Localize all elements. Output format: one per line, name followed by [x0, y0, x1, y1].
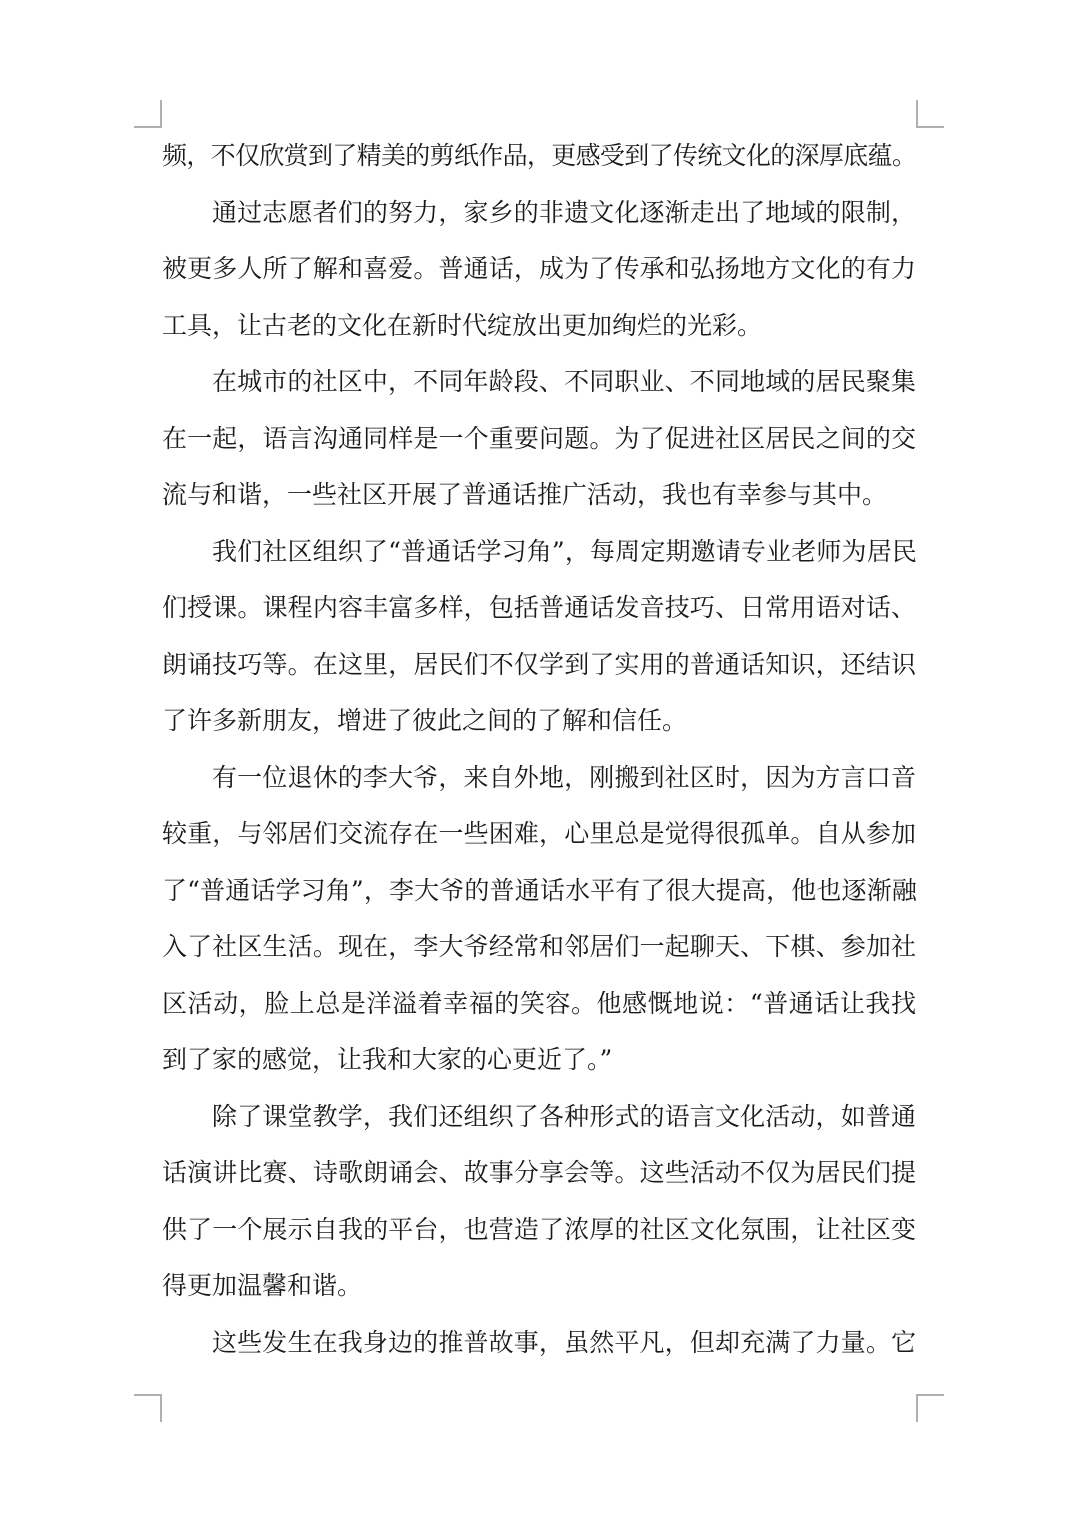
crop-mark-bottom-left	[134, 1394, 162, 1422]
paragraph: 通过志愿者们的努力，家乡的非遗文化逐渐走出了地域的限制，被更多人所了解和喜爱。普…	[162, 185, 916, 355]
paragraph: 频，不仅欣赏到了精美的剪纸作品，更感受到了传统文化的深厚底蕴。	[162, 128, 916, 185]
text-line: 除了课堂教学，我们还组织了各种形式的语言文化活动，如普通	[162, 1089, 916, 1146]
paragraph: 除了课堂教学，我们还组织了各种形式的语言文化活动，如普通话演讲比赛、诗歌朗诵会、…	[162, 1089, 916, 1315]
document-page: 频，不仅欣赏到了精美的剪纸作品，更感受到了传统文化的深厚底蕴。通过志愿者们的努力…	[0, 0, 1080, 1525]
paragraph: 这些发生在我身边的推普故事，虽然平凡，但却充满了力量。它	[162, 1315, 916, 1372]
crop-mark-top-right	[916, 100, 944, 128]
crop-mark-top-left	[134, 100, 162, 128]
text-line: 有一位退休的李大爷，来自外地，刚搬到社区时，因为方言口音	[162, 750, 916, 807]
paragraph: 我们社区组织了“普通话学习角”，每周定期邀请专业老师为居民们授课。课程内容丰富多…	[162, 524, 916, 750]
text-line: 在城市的社区中，不同年龄段、不同职业、不同地域的居民聚集	[162, 354, 916, 411]
text-line: 被更多人所了解和喜爱。普通话，成为了传承和弘扬地方文化的有力	[162, 241, 916, 298]
text-line: 在一起，语言沟通同样是一个重要问题。为了促进社区居民之间的交	[162, 411, 916, 468]
text-area: 频，不仅欣赏到了精美的剪纸作品，更感受到了传统文化的深厚底蕴。通过志愿者们的努力…	[162, 128, 916, 1371]
paragraph: 有一位退休的李大爷，来自外地，刚搬到社区时，因为方言口音较重，与邻居们交流存在一…	[162, 750, 916, 1089]
text-line: 话演讲比赛、诗歌朗诵会、故事分享会等。这些活动不仅为居民们提	[162, 1145, 916, 1202]
text-line: 流与和谐，一些社区开展了普通话推广活动，我也有幸参与其中。	[162, 467, 916, 524]
paragraph: 在城市的社区中，不同年龄段、不同职业、不同地域的居民聚集在一起，语言沟通同样是一…	[162, 354, 916, 524]
text-line: 们授课。课程内容丰富多样，包括普通话发音技巧、日常用语对话、	[162, 580, 916, 637]
crop-mark-bottom-right	[916, 1394, 944, 1422]
text-line: 通过志愿者们的努力，家乡的非遗文化逐渐走出了地域的限制，	[162, 185, 916, 242]
text-line: 了许多新朋友，增进了彼此之间的了解和信任。	[162, 693, 916, 750]
text-line: 我们社区组织了“普通话学习角”，每周定期邀请专业老师为居民	[162, 524, 916, 581]
text-line: 区活动，脸上总是洋溢着幸福的笑容。他感慨地说：“普通话让我找	[162, 976, 916, 1033]
text-line: 这些发生在我身边的推普故事，虽然平凡，但却充满了力量。它	[162, 1315, 916, 1372]
text-line: 频，不仅欣赏到了精美的剪纸作品，更感受到了传统文化的深厚底蕴。	[162, 128, 916, 185]
text-line: 入了社区生活。现在，李大爷经常和邻居们一起聊天、下棋、参加社	[162, 919, 916, 976]
text-line: 了“普通话学习角”，李大爷的普通话水平有了很大提高，他也逐渐融	[162, 863, 916, 920]
text-line: 到了家的感觉，让我和大家的心更近了。”	[162, 1032, 916, 1089]
text-line: 较重，与邻居们交流存在一些困难，心里总是觉得很孤单。自从参加	[162, 806, 916, 863]
text-line: 得更加温馨和谐。	[162, 1258, 916, 1315]
text-line: 朗诵技巧等。在这里，居民们不仅学到了实用的普通话知识，还结识	[162, 637, 916, 694]
text-line: 工具，让古老的文化在新时代绽放出更加绚烂的光彩。	[162, 298, 916, 355]
text-line: 供了一个展示自我的平台，也营造了浓厚的社区文化氛围，让社区变	[162, 1202, 916, 1259]
